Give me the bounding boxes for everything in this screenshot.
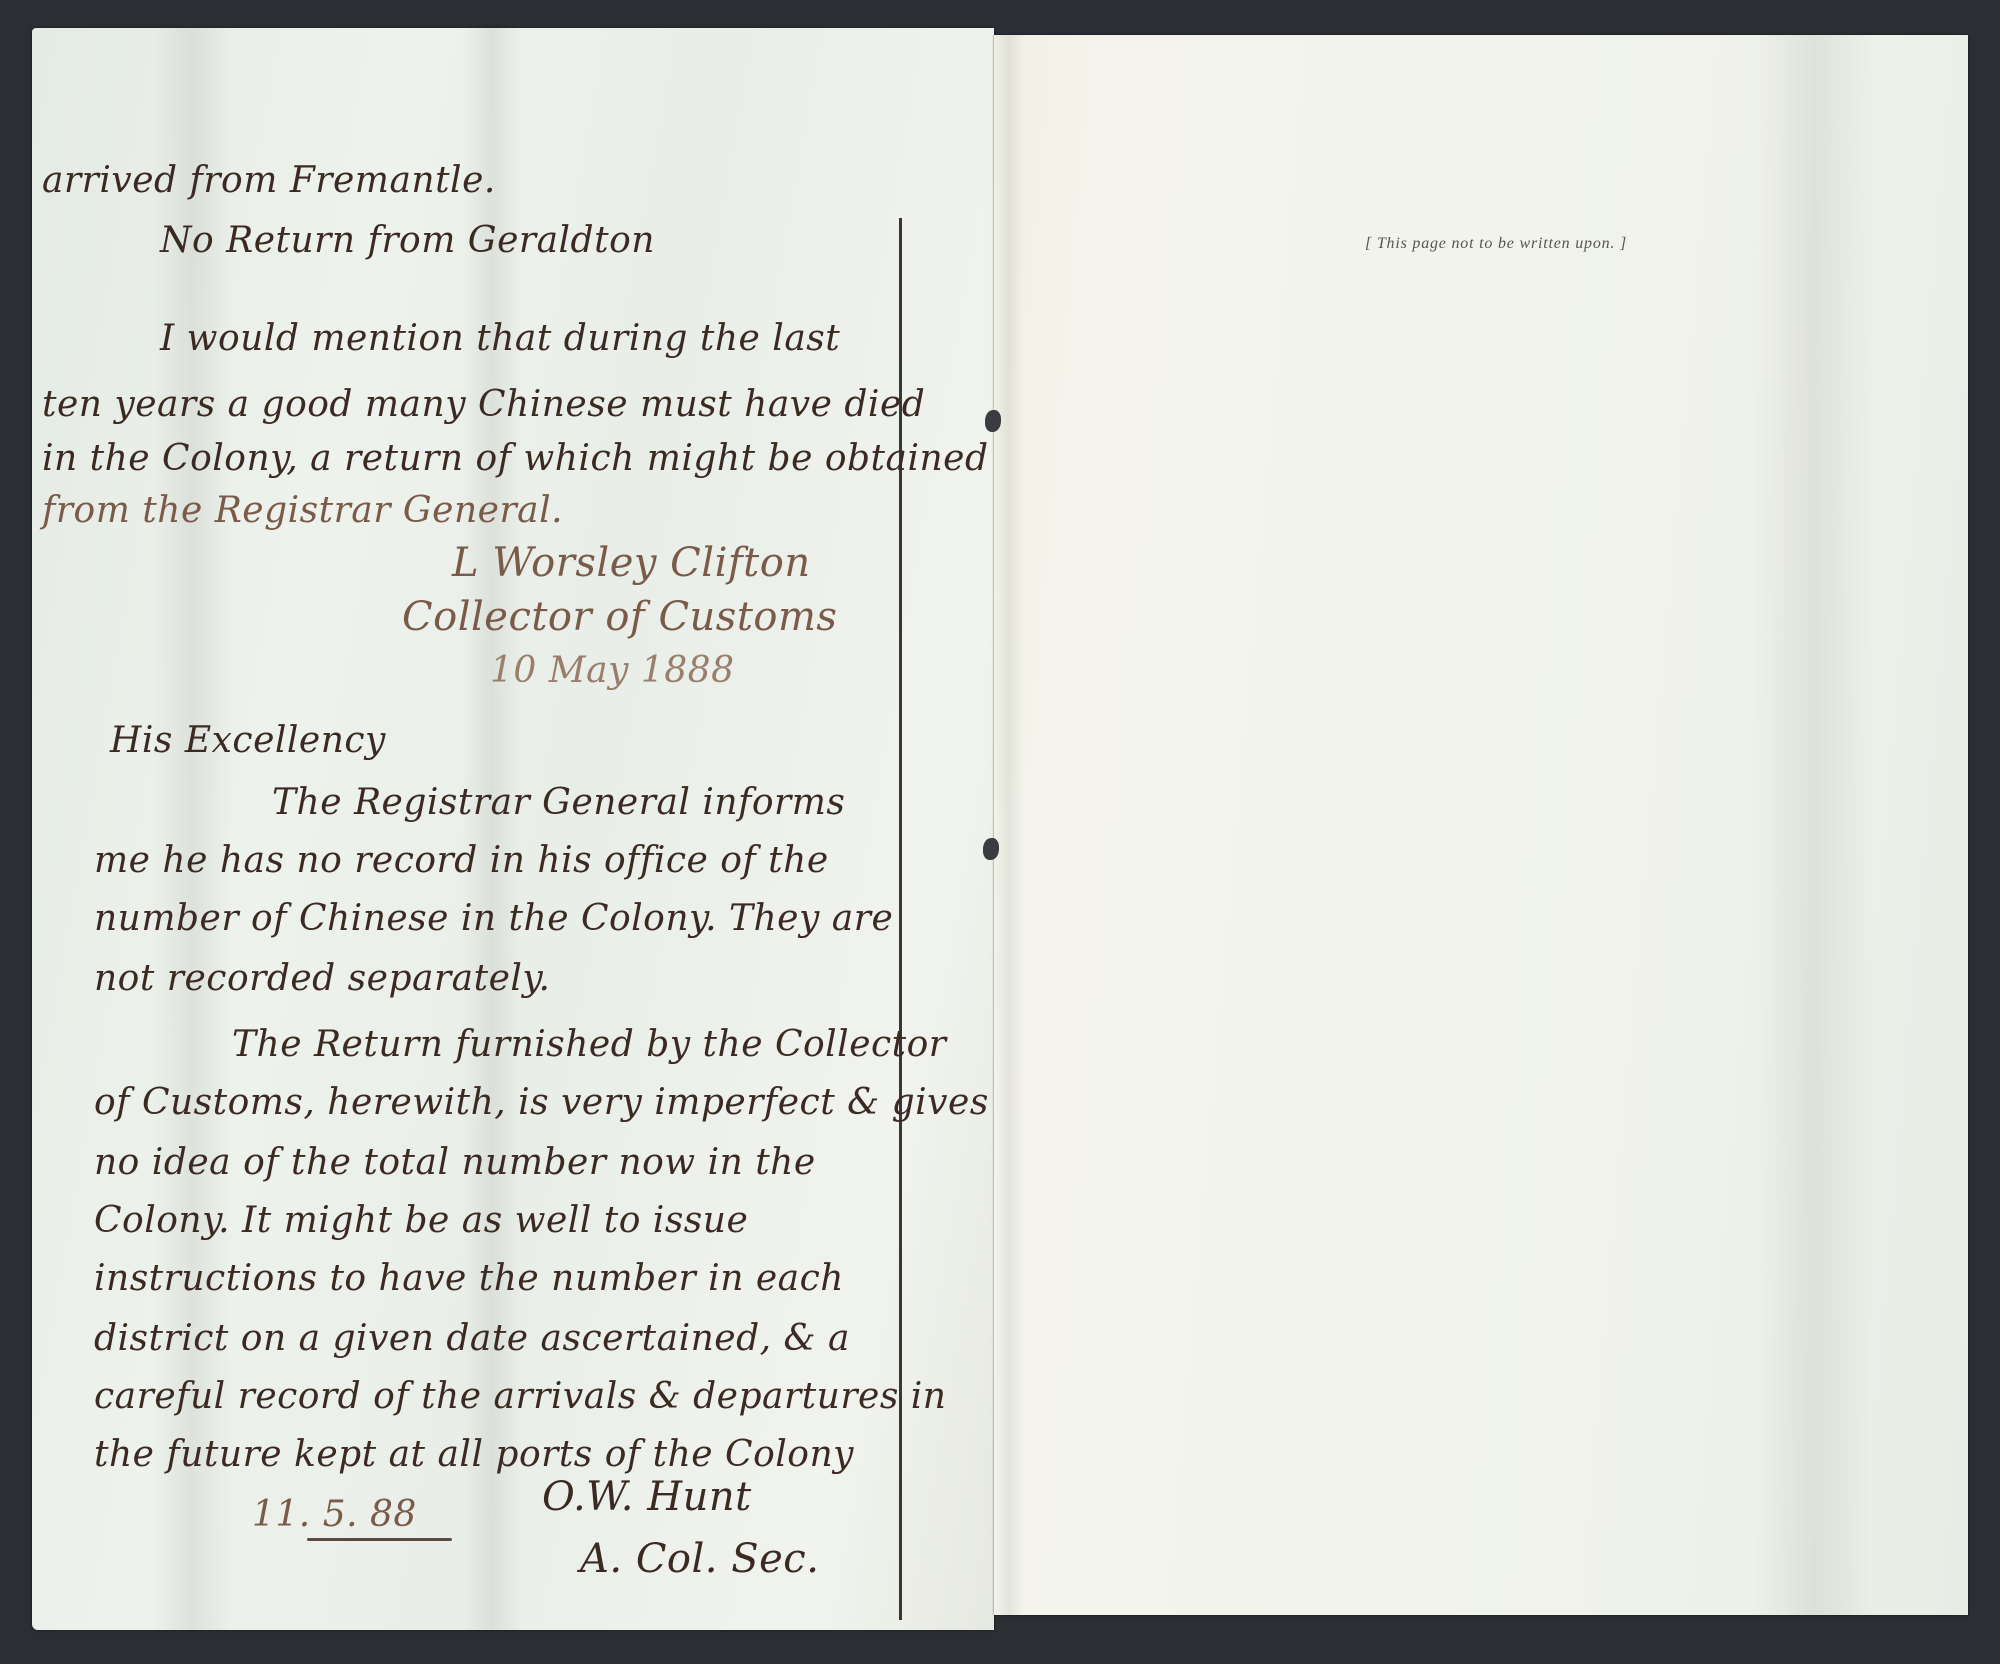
signature-date: 11. 5. 88 (252, 1494, 417, 1535)
printed-instruction: [ This page not to be written upon. ] (1365, 235, 1627, 253)
handwritten-line: No Return from Geraldton (160, 220, 655, 261)
salutation: His Excellency (110, 720, 386, 761)
handwritten-line: no idea of the total number now in the (94, 1142, 816, 1183)
handwritten-line: me he has no record in his office of the (94, 840, 829, 881)
date-underline (307, 1538, 452, 1541)
spine-fold (994, 35, 1024, 1615)
handwritten-line: of Customs, herewith, is very imperfect … (94, 1082, 989, 1123)
handwritten-line: from the Registrar General. (42, 490, 563, 531)
handwritten-line: not recorded separately. (94, 958, 550, 999)
handwritten-line: the future kept at all ports of the Colo… (94, 1434, 854, 1475)
paper-tear (985, 410, 1001, 432)
handwritten-line: I would mention that during the last (160, 318, 840, 359)
signature-title: A. Col. Sec. (580, 1536, 819, 1582)
handwritten-line: district on a given date ascertained, & … (94, 1318, 850, 1359)
handwritten-line: careful record of the arrivals & departu… (94, 1376, 946, 1417)
signature-name: L Worsley Clifton (452, 540, 811, 586)
handwritten-line: The Return furnished by the Collector (232, 1024, 947, 1065)
handwritten-line: Colony. It might be as well to issue (94, 1200, 748, 1241)
paper-crease (1754, 35, 1874, 1615)
handwritten-line: The Registrar General informs (272, 782, 845, 823)
handwritten-line: number of Chinese in the Colony. They ar… (94, 898, 893, 939)
handwritten-line: in the Colony, a return of which might b… (42, 438, 989, 479)
signature-title: Collector of Customs (402, 594, 837, 640)
signature-date: 10 May 1888 (490, 650, 734, 691)
left-page: arrived from Fremantle. No Return from G… (32, 28, 994, 1630)
handwritten-line: arrived from Fremantle. (42, 160, 496, 201)
right-page (994, 35, 1968, 1615)
signature-name: O.W. Hunt (542, 1474, 752, 1520)
handwritten-line: instructions to have the number in each (94, 1258, 844, 1299)
handwritten-line: ten years a good many Chinese must have … (42, 384, 925, 425)
paper-tear (983, 838, 999, 860)
